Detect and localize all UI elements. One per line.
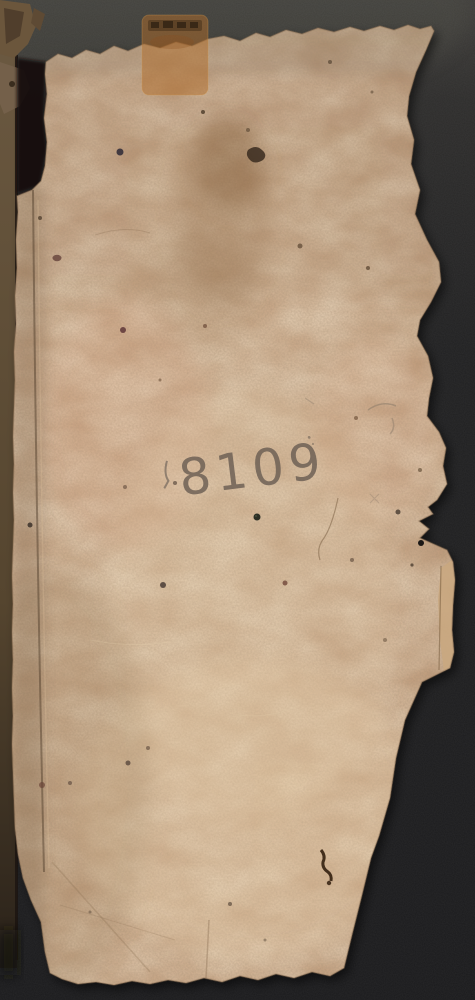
sticker-smudge xyxy=(163,21,173,28)
ink-dot-highlight xyxy=(255,515,257,517)
ink-speck xyxy=(328,60,332,64)
ink-speck xyxy=(354,416,358,420)
ink-speck xyxy=(126,761,131,766)
archival-sticker xyxy=(142,15,208,95)
ink-speck xyxy=(28,523,33,528)
ink-speck xyxy=(38,216,42,220)
ink-speck xyxy=(146,746,150,750)
ink-speck xyxy=(53,255,62,261)
ink-speck xyxy=(117,149,124,156)
ink-speck xyxy=(350,558,354,562)
ink-speck xyxy=(68,781,72,785)
sticker-smudge xyxy=(151,22,159,28)
ink-speck xyxy=(173,481,177,485)
ink-speck xyxy=(39,782,45,788)
ink-speck xyxy=(120,327,126,333)
ink-speck xyxy=(418,468,422,472)
ink-speck xyxy=(396,510,401,515)
sticker-smudge xyxy=(177,22,186,28)
ink-speck xyxy=(264,939,267,942)
spine-shadow-fade xyxy=(0,930,17,975)
sticker-smudge xyxy=(190,22,198,28)
ink-speck xyxy=(298,244,303,249)
ink-speck xyxy=(123,485,127,489)
ink-speck xyxy=(246,128,250,132)
sticker-smudged-text xyxy=(148,20,202,31)
manuscript-scan-viewport: 8109 xyxy=(0,0,475,1000)
ink-speck xyxy=(418,540,424,546)
ink-speck xyxy=(89,911,92,914)
ink-speck xyxy=(383,638,387,642)
ink-dot xyxy=(254,514,261,521)
ink-speck xyxy=(371,91,374,94)
fragment-speck xyxy=(9,81,15,87)
manuscript-photo: 8109 xyxy=(0,0,475,1000)
ink-speck xyxy=(283,581,288,586)
ink-speck xyxy=(366,266,370,270)
ink-speck xyxy=(160,582,166,588)
ink-speck xyxy=(203,324,207,328)
ink-speck xyxy=(159,379,162,382)
ink-speck xyxy=(228,902,232,906)
sticker-stain xyxy=(150,35,194,49)
ink-speck xyxy=(201,110,205,114)
ink-speck xyxy=(410,563,413,566)
twig-mark-blob xyxy=(327,881,331,885)
